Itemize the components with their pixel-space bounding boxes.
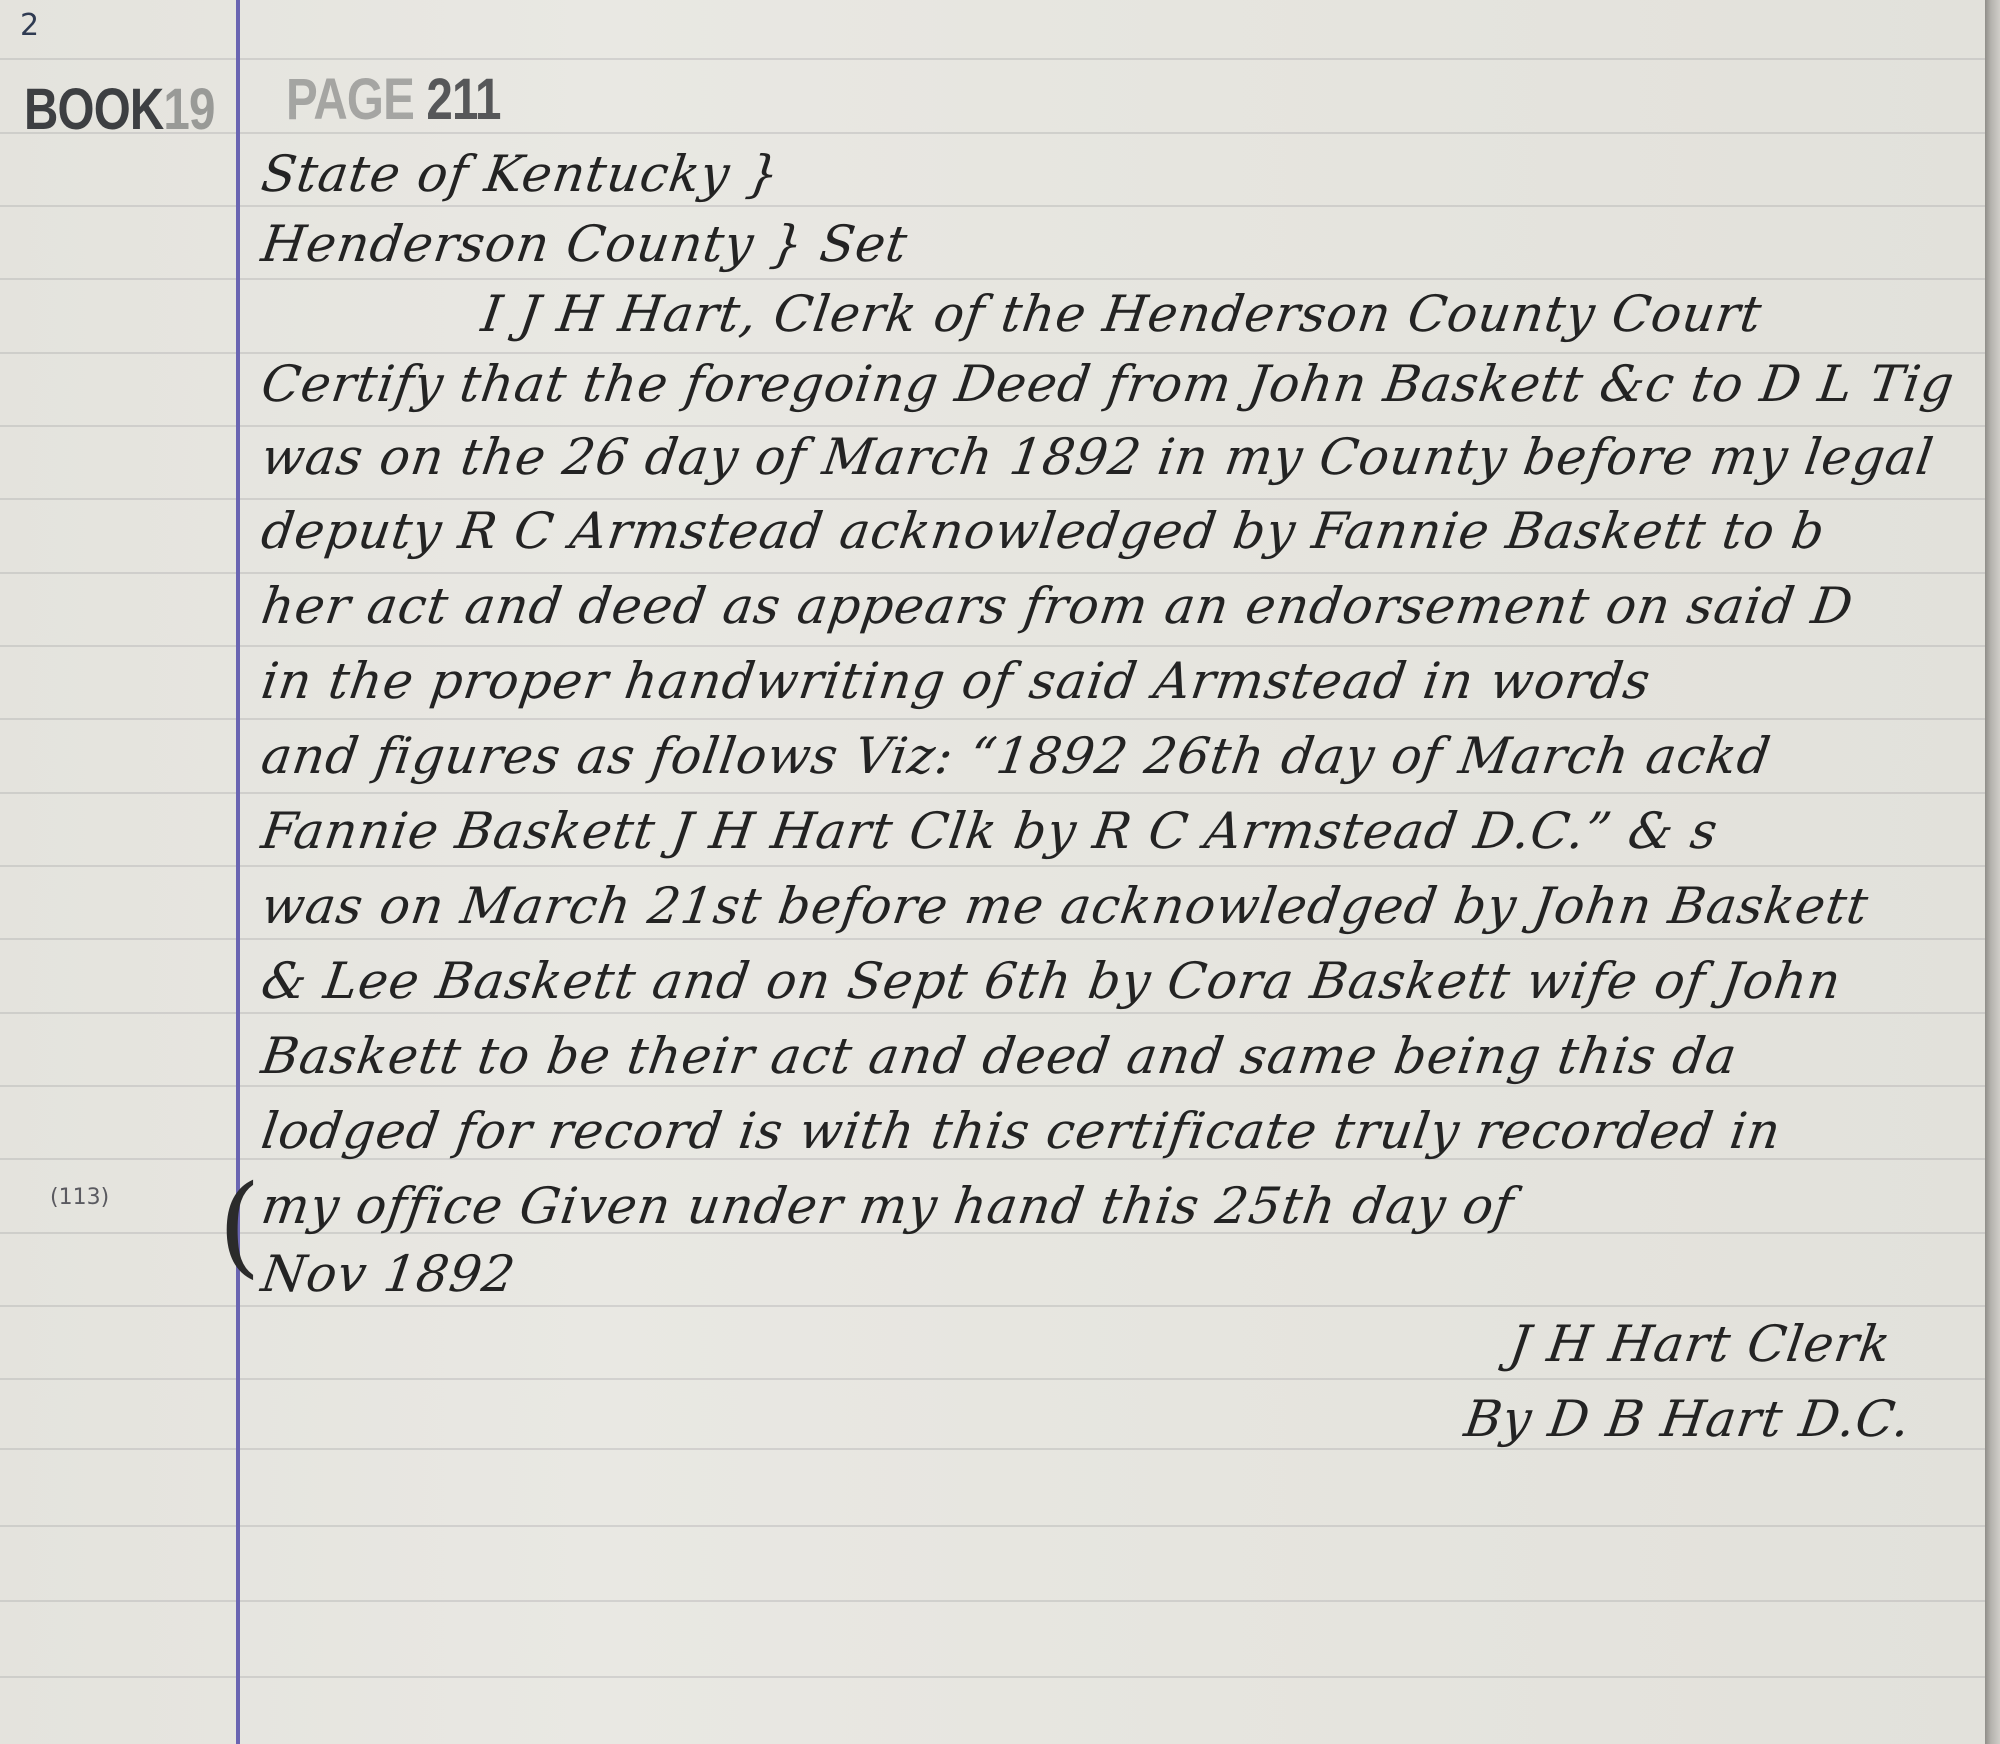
ruled-line [0,792,1985,794]
ruled-line [0,1525,1985,1527]
page-stamp: PAGE 211 [286,66,501,133]
ruled-line [0,425,1985,427]
text-line: Henderson County } Set [258,215,912,273]
book-number: 19 [163,77,214,142]
ruled-line [0,58,1985,60]
ruled-line [0,1600,1985,1602]
book-label: BOOK [24,77,163,142]
book-stamp: BOOK19 [24,76,215,143]
margin-line [236,0,240,1744]
corner-page-number: 2 [20,8,39,43]
text-line: Fannie Baskett J H Hart Clk by R C Armst… [258,802,1722,860]
text-line: in the proper handwriting of said Armste… [258,652,1654,710]
margin-brace-icon: ( [218,1170,261,1280]
text-line: I J H Hart, Clerk of the Henderson Count… [478,285,1766,343]
text-line: lodged for record is with this certifica… [258,1102,1785,1160]
clerk-signature: J H Hart Clerk [1506,1315,1895,1373]
ruled-line [0,1448,1985,1450]
text-line: Baskett to be their act and deed and sam… [258,1027,1741,1085]
text-line: my office Given under my hand this 25th … [258,1177,1518,1235]
ruled-line [0,205,1985,207]
ruled-line [0,352,1985,354]
page-label: PAGE [286,67,414,132]
text-line: Nov 1892 [258,1245,519,1303]
deputy-signature: By D B Hart D.C. [1461,1390,1915,1448]
text-line: & Lee Baskett and on Sept 6th by Cora Ba… [258,952,1845,1010]
ruled-line [0,645,1985,647]
text-line: was on March 21st before me acknowledged… [258,877,1872,935]
ruled-line [0,1085,1985,1087]
ruled-line [0,938,1985,940]
margin-note: (113) [50,1185,109,1210]
ledger-page: 2 BOOK19 PAGE 211 State of Kentucky } He… [0,0,1985,1744]
ruled-line [0,1676,1985,1678]
ruled-line [0,572,1985,574]
text-line: her act and deed as appears from an endo… [258,577,1857,635]
ruled-line [0,718,1985,720]
text-line: Certify that the foregoing Deed from Joh… [258,355,1958,413]
ruled-line [0,1305,1985,1307]
ruled-line [0,278,1985,280]
text-line: was on the 26 day of March 1892 in my Co… [258,428,1938,486]
ruled-line [0,498,1985,500]
text-line: deputy R C Armstead acknowledged by Fann… [258,502,1829,560]
ruled-line [0,1378,1985,1380]
text-line: State of Kentucky } [258,145,784,203]
ruled-line [0,865,1985,867]
text-line: and figures as follows Viz: “1892 26th d… [258,727,1775,785]
ruled-line [0,1012,1985,1014]
page-stamp-number: 211 [426,67,500,132]
page-edge [1985,0,2000,1744]
